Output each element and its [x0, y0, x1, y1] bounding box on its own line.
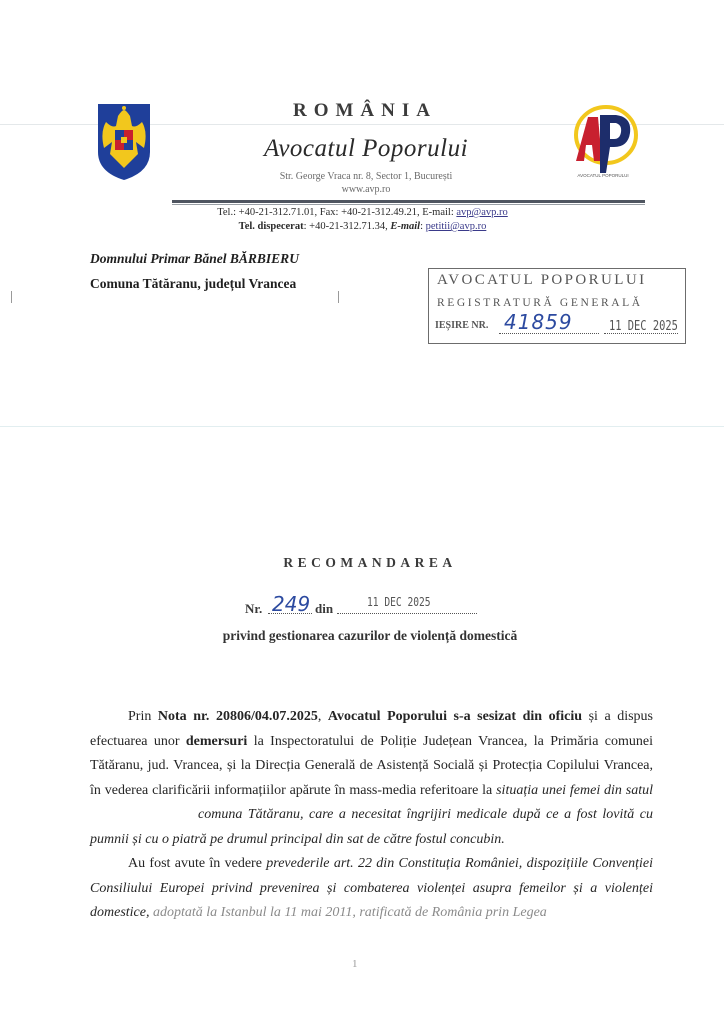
- email-link-petitii[interactable]: petitii@avp.ro: [426, 221, 487, 232]
- italic-text-run: comuna Tătăranu, care a necesitat îngrij…: [90, 807, 653, 847]
- paragraph-1: Prin Nota nr. 20806/04.07.2025, Avocatul…: [90, 705, 653, 852]
- text-run: Au fost avute în vedere: [128, 856, 266, 871]
- institution-website[interactable]: www.avp.ro: [236, 184, 496, 195]
- addressee-location: Comuna Tătăranu, județul Vrancea: [90, 276, 296, 292]
- stamp-registration-number: 41859: [504, 310, 573, 334]
- bold-text-run: demersuri: [186, 734, 247, 749]
- contact-line-main: Tel.: +40-21-312.71.01, Fax: +40-21-312.…: [180, 207, 545, 218]
- country-heading: ROMÂNIA: [250, 100, 480, 122]
- stamp-institution: AVOCATUL POPORULUI: [437, 272, 646, 289]
- contact-line-dispatch: Tel. dispecerat: +40-21-312.71.34, E-mai…: [180, 221, 545, 232]
- bold-text-run: Avocatul Poporului s-a sesizat din ofici…: [328, 709, 582, 724]
- document-title: RECOMANDAREA: [180, 555, 560, 571]
- document-body: Prin Nota nr. 20806/04.07.2025, Avocatul…: [90, 705, 653, 926]
- text-run: ,: [318, 709, 328, 724]
- italic-text-run: situația unei femei din satul: [496, 783, 653, 798]
- institution-address: Str. George Vraca nr. 8, Sector 1, Bucur…: [236, 171, 496, 182]
- institution-name: Avocatul Poporului: [236, 135, 496, 163]
- document-subject: privind gestionarea cazurilor de violenț…: [180, 628, 560, 644]
- scan-margin-mark: [11, 291, 12, 303]
- contact-phone-fax: Tel.: +40-21-312.71.01, Fax: +40-21-312.…: [217, 207, 456, 218]
- nr-label: Nr.: [245, 601, 262, 617]
- dispatch-label: Tel. dispecerat: [239, 221, 304, 232]
- din-label: din: [315, 601, 333, 617]
- page-number: 1: [352, 958, 358, 970]
- stamp-registration-date: 11 DEC 2025: [609, 319, 678, 334]
- coat-of-arms-icon: [96, 102, 152, 182]
- header-divider: [172, 200, 645, 203]
- scan-margin-mark: [338, 291, 339, 303]
- ap-logo-icon: AVOCATUL POPORULUI: [566, 105, 640, 179]
- document-number: 249: [272, 592, 310, 616]
- svg-text:AVOCATUL POPORULUI: AVOCATUL POPORULUI: [577, 173, 628, 178]
- stamp-registry: REGISTRATURĂ GENERALĂ: [437, 297, 643, 309]
- email-label: E-mail: [390, 221, 420, 232]
- scan-artifact-line: [0, 426, 724, 427]
- registration-stamp: AVOCATUL POPORULUI REGISTRATURĂ GENERALĂ…: [428, 268, 686, 344]
- faded-italic-text-run: adoptată la Istanbul la 11 mai 2011, rat…: [153, 905, 547, 920]
- text-run: Prin: [128, 709, 158, 724]
- addressee-name: Domnului Primar Bănel BĂRBIERU: [90, 251, 299, 267]
- note-reference: Nota nr. 20806/04.07.2025: [158, 709, 318, 724]
- email-link-avp[interactable]: avp@avp.ro: [456, 207, 507, 218]
- date-dots: [337, 613, 477, 614]
- document-number-row: Nr. 249 din 11 DEC 2025: [245, 595, 505, 619]
- header-divider-thin: [172, 204, 645, 205]
- paragraph-2: Au fost avute în vedere prevederile art.…: [90, 852, 653, 926]
- document-date: 11 DEC 2025: [367, 595, 431, 609]
- dispatch-phone: : +40-21-312.71.34,: [304, 221, 391, 232]
- stamp-exit-label: IEȘIRE NR.: [435, 320, 488, 331]
